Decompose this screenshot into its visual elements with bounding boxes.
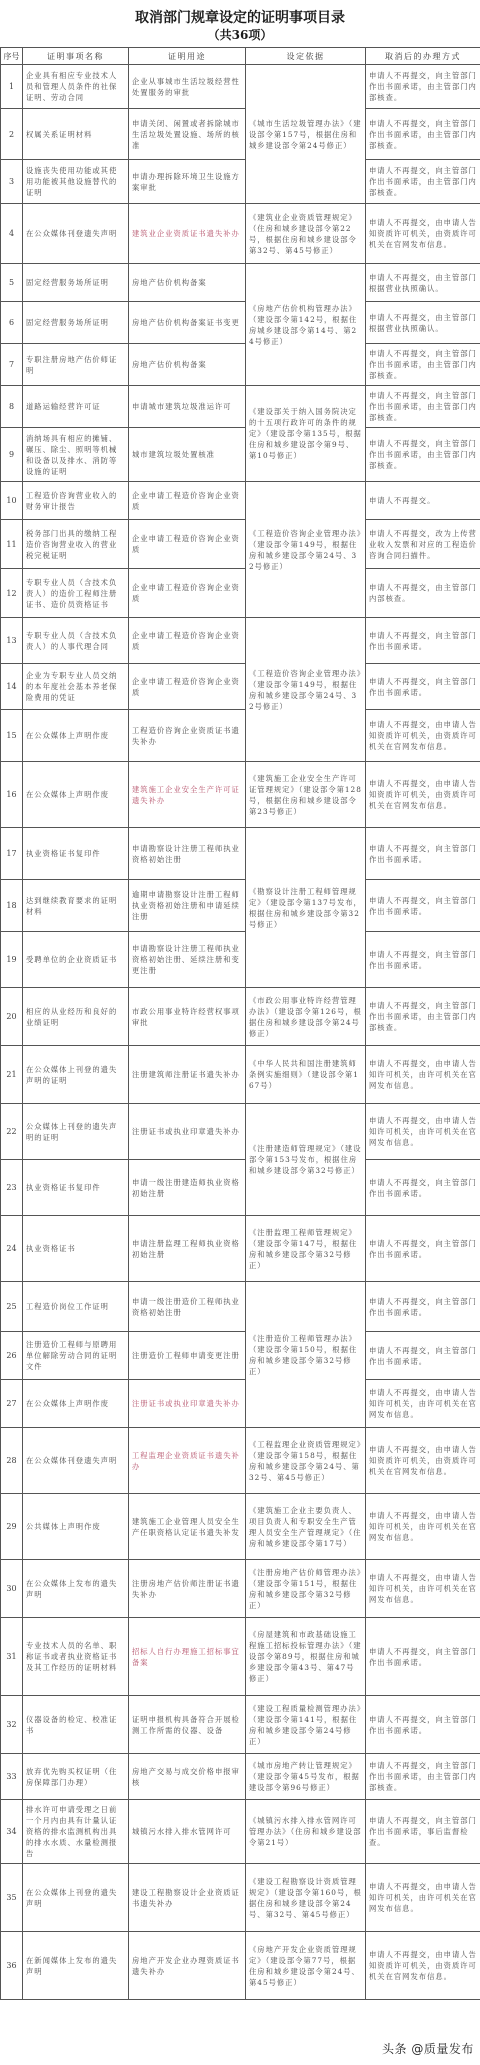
row-number: 26 <box>1 1332 23 1380</box>
purpose-cell: 申请一级注册建造师执业资格初始注册 <box>129 1160 246 1216</box>
basis-cell: 《工程造价咨询企业管理办法》（建设部令第149号，根据住房和城乡建设部令第24号… <box>246 618 366 762</box>
row-number: 1 <box>1 65 23 109</box>
purpose-cell: 注册证书或执业印章遗失补办 <box>129 1104 246 1160</box>
item-name-cell: 道路运输经营许可证 <box>23 386 129 428</box>
basis-cell: 《注册造价工程师管理办法》（建设部令第150号，根据住房和城乡建设部令第32号修… <box>246 1282 366 1428</box>
purpose-cell: 注册建筑师注册证书遗失补办 <box>129 1046 246 1104</box>
basis-cell: 《中华人民共和国注册建筑师条例实施细则》（建设部令第167号） <box>246 1046 366 1104</box>
row-number: 29 <box>1 1494 23 1560</box>
purpose-cell: 申请勘察设计注册工程师执业资格初始注册、延续注册和变更注册 <box>129 932 246 988</box>
method-cell: 申请人不再提交，向主管部门作出书面承诺，由主管部门内部核查。 <box>366 428 480 482</box>
purpose-cell: 申请一级注册造价工程师执业资格初始注册 <box>129 1282 246 1332</box>
basis-cell: 《勘察设计注册工程师管理规定》（建设部令第137号发布，根据住房和城乡建设部令第… <box>246 828 366 988</box>
row-number: 11 <box>1 520 23 569</box>
item-name-cell: 在公众媒体上刊登的遗失声明 <box>23 1864 129 1932</box>
purpose-cell: 房地产估价机构备案 <box>129 264 246 302</box>
method-cell: 申请人不再提交，由申请人告知资质许可机关，由资质许可机关在官网发布信息。 <box>366 204 480 264</box>
table-row: 15在公众媒体上声明作废工程造价咨询企业资质证书遗失补办申请人不再提交，由申请人… <box>1 710 480 762</box>
method-cell: 申请人不再提交，由申请人告知资质许可机关，由资质许可机关在官网发布信息。 <box>366 1932 480 2000</box>
purpose-cell: 建筑施工企业管理人员安全生产任职资格认定证书遗失补发 <box>129 1494 246 1560</box>
item-name-cell: 工程造价咨询营业收入的财务审计报告 <box>23 482 129 520</box>
basis-cell: 《建筑施工企业主要负责人、项目负责人和专职安全生产管理人员安全生产管理规定》（住… <box>246 1494 366 1560</box>
method-cell: 申请人不再提交，向主管部门作出书面承诺，由主管部门内部核查。 <box>366 65 480 109</box>
method-cell: 申请人不再提交，向主管部门作出书面承诺。 <box>366 1332 480 1380</box>
basis-cell: 《建筑业企业资质管理规定》（住房和城乡建设部令第22号，根据住房和城乡建设部令第… <box>246 204 366 264</box>
table-row: 20相应的从业经历和良好的业绩证明市政公用事业特许经营权事项审批《市政公用事业特… <box>1 988 480 1046</box>
method-cell: 申请人不再提交，向主管部门作出书面承诺，由主管部门内部核查。 <box>366 386 480 428</box>
item-name-cell: 权属关系证明材料 <box>23 109 129 160</box>
table-row: 19受聘单位的企业资质证书申请勘察设计注册工程师执业资格初始注册、延续注册和变更… <box>1 932 480 988</box>
basis-cell: 《房地产估价机构管理办法》（建设部令第142号，根据住房城乡建设部令第14号、第… <box>246 264 366 386</box>
method-cell: 申请人不再提交，向主管部门作出书面承诺，事后监督检查。 <box>366 1800 480 1864</box>
purpose-cell: 申请办理拆除环境卫生设施方案审批 <box>129 160 246 204</box>
purpose-cell: 企业申请工程造价咨询企业资质 <box>129 569 246 618</box>
basis-cell: 《市政公用事业特许经营管理办法》（建设部令第126号，根据住房和城乡建设部令第2… <box>246 988 366 1046</box>
table-row: 18达到继续教育要求的证明材料逾期申请勘察设计注册工程师执业资格初始注册和申请延… <box>1 880 480 932</box>
item-name-cell: 仪器设备的检定、校准证书 <box>23 1696 129 1754</box>
basis-cell: 《工程监理企业资质管理规定》（建设部令第158号，根据住房和城乡建设部令第24号… <box>246 1428 366 1494</box>
row-number: 23 <box>1 1160 23 1216</box>
table-row: 29公共媒体上声明作废建筑施工企业管理人员安全生产任职资格认定证书遗失补发《建筑… <box>1 1494 480 1560</box>
row-number: 4 <box>1 204 23 264</box>
method-cell: 申请人不再提交，向主管部门作出书面承诺。 <box>366 932 480 988</box>
table-row: 3设施丧失使用功能或其使用功能被其他设施替代的证明申请办理拆除环境卫生设施方案审… <box>1 160 480 204</box>
page-subtitle: （共36项） <box>0 28 480 42</box>
purpose-cell: 申请勘察设计注册工程师执业资格初始注册 <box>129 828 246 880</box>
table-row: 24执业资格证书申请注册监理工程师执业资格初始注册《注册监理工程师管理规定》（建… <box>1 1216 480 1282</box>
item-name-cell: 执业资格证书复印件 <box>23 828 129 880</box>
purpose-cell: 城市建筑垃圾处置核准 <box>129 428 246 482</box>
purpose-cell: 房地产估价机构备案 <box>129 344 246 386</box>
table-row: 7专职注册房地产估价师证明房地产估价机构备案申请人不再提交，向主管部门作出书面承… <box>1 344 480 386</box>
row-number: 14 <box>1 664 23 710</box>
table-row: 11税务部门出具的缴纳工程造价咨询营业收入的营业税完税证明企业申请工程造价咨询企… <box>1 520 480 569</box>
purpose-cell: 城镇污水排入排水管网许可 <box>129 1800 246 1864</box>
table-row: 21在公众媒体上刊登的遗失声明的证明注册建筑师注册证书遗失补办《中华人民共和国注… <box>1 1046 480 1104</box>
basis-cell: 《建设工程勘察设计资质管理规定》（建设部令第160号，根据住房和城乡建设部令第2… <box>246 1864 366 1932</box>
basis-cell: 《注册房地产估价师管理办法》（建设部令第151号，根据住房和城乡建设部令第32号… <box>246 1560 366 1618</box>
purpose-cell: 招标人自行办理施工招标事宜备案 <box>129 1618 246 1696</box>
row-number: 20 <box>1 988 23 1046</box>
item-name-cell: 在公众媒体刊登遗失声明 <box>23 204 129 264</box>
row-number: 15 <box>1 710 23 762</box>
basis-cell: 《注册监理工程师管理规定》（建设部令第147号，根据住房和城乡建设部令第32号修… <box>246 1216 366 1282</box>
basis-cell: 《建设部关于纳入国务院决定的十五项行政许可的条件的规定》（建设部令第135号，根… <box>246 386 366 482</box>
method-cell: 申请人不再提交，向主管部门作出书面承诺。 <box>366 1696 480 1754</box>
row-number: 28 <box>1 1428 23 1494</box>
row-number: 19 <box>1 932 23 988</box>
item-name-cell: 设施丧失使用功能或其使用功能被其他设施替代的证明 <box>23 160 129 204</box>
basis-cell: 《房地产开发企业资质管理规定》（建设部令第77号，根据住房和城乡建设部令第24号… <box>246 1932 366 2000</box>
table-row: 26注册造价工程师与原聘用单位解除劳动合同的证明文件注册造价工程师申请变更注册申… <box>1 1332 480 1380</box>
table-row: 32仪器设备的检定、校准证书证明申报机构具备符合开展检测工作所需的仪器、设备《建… <box>1 1696 480 1754</box>
method-cell: 申请人不再提交，向主管部门作出书面承诺。 <box>366 1216 480 1282</box>
item-name-cell: 固定经营服务场所证明 <box>23 302 129 344</box>
item-name-cell: 在公众媒体上刊登的遗失声明的证明 <box>23 1046 129 1104</box>
item-name-cell: 专业技术人员的名单、职称证书或者执业资格证书及其工作经历的证明材料 <box>23 1618 129 1696</box>
row-number: 18 <box>1 880 23 932</box>
item-name-cell: 在公众媒体上声明作废 <box>23 1380 129 1428</box>
method-cell: 申请人不再提交，向主管部门作出书面承诺，由主管部门内部核查。 <box>366 344 480 386</box>
row-number: 22 <box>1 1104 23 1160</box>
method-cell: 申请人不再提交，向主管部门作出书面承诺。 <box>366 1282 480 1332</box>
table-row: 23执业资格证书复印件申请一级注册建造师执业资格初始注册申请人不再提交，向主管部… <box>1 1160 480 1216</box>
method-cell: 申请人不再提交，改为上传营业收入发票和对应的工程造价咨询合同扫描件。 <box>366 520 480 569</box>
table-row: 10工程造价咨询营业收入的财务审计报告企业申请工程造价咨询企业资质《工程造价咨询… <box>1 482 480 520</box>
item-name-cell: 固定经营服务场所证明 <box>23 264 129 302</box>
method-cell: 申请人不再提交，由申请人告知许可机关，由许可机关在官网发布信息。 <box>366 1104 480 1160</box>
item-name-cell: 企业具有相应专业技术人员和管理人员条件的社保证明、劳动合同 <box>23 65 129 109</box>
row-number: 13 <box>1 618 23 664</box>
method-cell: 申请人不再提交，向主管部门作出书面承诺。 <box>366 664 480 710</box>
table-row: 5固定经营服务场所证明房地产估价机构备案《房地产估价机构管理办法》（建设部令第1… <box>1 264 480 302</box>
method-cell: 申请人不再提交，向主管部门作出书面承诺。 <box>366 618 480 664</box>
item-name-cell: 执业资格证书复印件 <box>23 1160 129 1216</box>
purpose-cell: 申请城市建筑垃圾准运许可 <box>129 386 246 428</box>
row-number: 33 <box>1 1754 23 1800</box>
item-name-cell: 在新闻媒体上发布的遗失声明 <box>23 1932 129 2000</box>
basis-cell: 《建筑施工企业安全生产许可证管理规定》（建设部令第128号，根据住房和城乡建设部… <box>246 762 366 828</box>
page-title: 取消部门规章设定的证明事项目录 <box>0 10 480 26</box>
row-number: 8 <box>1 386 23 428</box>
method-cell: 申请人不再提交，由申请人告知许可机关，由许可机关在官网发布信息。 <box>366 1380 480 1428</box>
basis-cell: 《城镇污水排入排水管网许可管理办法》（住房和城乡建设部令第21号） <box>246 1800 366 1864</box>
table-row: 4在公众媒体刊登遗失声明建筑业企业资质证书遗失补办《建筑业企业资质管理规定》（住… <box>1 204 480 264</box>
table-row: 13专职专业人员（含技术负责人）的人事代理合同企业申请工程造价咨询企业资质《工程… <box>1 618 480 664</box>
purpose-cell: 企业申请工程造价咨询企业资质 <box>129 618 246 664</box>
column-header-method: 取消后的办理方式 <box>366 48 480 65</box>
table-row: 16在公众媒体上声明作废建筑施工企业安全生产许可证遗失补办《建筑施工企业安全生产… <box>1 762 480 828</box>
method-cell: 申请人不再提交，向主管部门作出书面承诺，由主管部门内部核查。 <box>366 1754 480 1800</box>
row-number: 30 <box>1 1560 23 1618</box>
column-header-item-name: 证明事项名称 <box>23 48 129 65</box>
basis-cell: 《房屋建筑和市政基础设施工程施工招标投标管理办法》（建设部令第89号，根据住房和… <box>246 1618 366 1696</box>
row-number: 6 <box>1 302 23 344</box>
table-row: 22公众媒体上刊登的遗失声明的证明注册证书或执业印章遗失补办《注册建造师管理规定… <box>1 1104 480 1160</box>
basis-cell: 《工程造价咨询企业管理办法》（建设部令第149号，根据住房和城乡建设部令第24号… <box>246 482 366 618</box>
item-name-cell: 税务部门出具的缴纳工程造价咨询营业收入的营业税完税证明 <box>23 520 129 569</box>
method-cell: 申请人不再提交，由申请人告知许可机关，由许可机关在官网发布信息。 <box>366 1864 480 1932</box>
item-name-cell: 专职注册房地产估价师证明 <box>23 344 129 386</box>
row-number: 17 <box>1 828 23 880</box>
purpose-cell: 企业申请工程造价咨询企业资质 <box>129 482 246 520</box>
purpose-cell: 建筑业企业资质证书遗失补办 <box>129 204 246 264</box>
purpose-cell: 建设工程勘察设计企业资质证书遗失补办 <box>129 1864 246 1932</box>
column-header-basis: 设定依据 <box>246 48 366 65</box>
table-row: 27在公众媒体上声明作废注册证书或执业印章遗失补办申请人不再提交，由申请人告知许… <box>1 1380 480 1428</box>
table-row: 12专职专业人员（含技术负责人）的造价工程师注册证书、造价员资格证书企业申请工程… <box>1 569 480 618</box>
basis-cell: 《城市生活垃圾管理办法》（建设部令第157号，根据住房和城乡建设部令第24号修正… <box>246 65 366 204</box>
certificate-items-table: 序号 证明事项名称 证明用途 设定依据 取消后的办理方式 1企业具有相应专业技术… <box>0 47 480 2000</box>
purpose-cell: 注册证书或执业印章遗失补办 <box>129 1380 246 1428</box>
table-body: 1企业具有相应专业技术人员和管理人员条件的社保证明、劳动合同企业从事城市生活垃圾… <box>1 65 480 2000</box>
purpose-cell: 企业从事城市生活垃圾经营性处置服务的审批 <box>129 65 246 109</box>
method-cell: 申请人不再提交，由主管部门根据营业执照确认。 <box>366 264 480 302</box>
table-row: 9消纳场具有相应的摊铺、碾压、除尘、照明等机械和设备以及排水、消防等设施的证明城… <box>1 428 480 482</box>
item-name-cell: 排水许可申请受理之日前一个月内由具有计量认证资格的排水监测机构出具的排水水质、水… <box>23 1800 129 1864</box>
item-name-cell: 专职专业人员（含技术负责人）的人事代理合同 <box>23 618 129 664</box>
method-cell: 申请人不再提交，由申请人告知资质许可机关，由资质许可机关在官网发布信息。 <box>366 1428 480 1494</box>
method-cell: 申请人不再提交，向主管部门作出书面承诺，由主管部门内部核查。 <box>366 988 480 1046</box>
row-number: 25 <box>1 1282 23 1332</box>
purpose-cell: 逾期申请勘察设计注册工程师执业资格初始注册和申请延续注册 <box>129 880 246 932</box>
method-cell: 申请人不再提交，向主管部门作出书面承诺。 <box>366 880 480 932</box>
table-row: 14企业为专职专业人员交纳的本年度社会基本养老保险费用的凭证企业申请工程造价咨询… <box>1 664 480 710</box>
basis-cell: 《注册建造师管理规定》（建设部令第153号发布，根据住房和城乡建设部令第32号修… <box>246 1104 366 1216</box>
item-name-cell: 公共媒体上声明作废 <box>23 1494 129 1560</box>
row-number: 24 <box>1 1216 23 1282</box>
table-row: 2权属关系证明材料申请关闭、闲置或者拆除城市生活垃圾处置设施、场所的核准申请人不… <box>1 109 480 160</box>
item-name-cell: 在公众媒体上声明作废 <box>23 710 129 762</box>
method-cell: 申请人不再提交，向主管部门作出书面承诺。 <box>366 1618 480 1696</box>
purpose-cell: 注册造价工程师申请变更注册 <box>129 1332 246 1380</box>
method-cell: 申请人不再提交，由申请人告知许可机关，由许可机关在官网发布信息。 <box>366 1494 480 1560</box>
item-name-cell: 执业资格证书 <box>23 1216 129 1282</box>
table-row: 31专业技术人员的名单、职称证书或者执业资格证书及其工作经历的证明材料招标人自行… <box>1 1618 480 1696</box>
method-cell: 申请人不再提交，由申请人告知许可机关，由许可机关在官网发布信息。 <box>366 1046 480 1104</box>
row-number: 2 <box>1 109 23 160</box>
row-number: 36 <box>1 1932 23 2000</box>
table-header-row: 序号 证明事项名称 证明用途 设定依据 取消后的办理方式 <box>1 48 480 65</box>
purpose-cell: 房地产交易与成交价格申报审核 <box>129 1754 246 1800</box>
item-name-cell: 受聘单位的企业资质证书 <box>23 932 129 988</box>
item-name-cell: 专职专业人员（含技术负责人）的造价工程师注册证书、造价员资格证书 <box>23 569 129 618</box>
row-number: 16 <box>1 762 23 828</box>
column-header-number: 序号 <box>1 48 23 65</box>
row-number: 35 <box>1 1864 23 1932</box>
purpose-cell: 房地产开发企业办理资质证书遗失补办 <box>129 1932 246 2000</box>
purpose-cell: 证明申报机构具备符合开展检测工作所需的仪器、设备 <box>129 1696 246 1754</box>
item-name-cell: 企业为专职专业人员交纳的本年度社会基本养老保险费用的凭证 <box>23 664 129 710</box>
method-cell: 申请人不再提交，向主管部门作出书面承诺。 <box>366 1160 480 1216</box>
purpose-cell: 工程造价咨询企业资质证书遗失补办 <box>129 710 246 762</box>
table-row: 34排水许可申请受理之日前一个月内由具有计量认证资格的排水监测机构出具的排水水质… <box>1 1800 480 1864</box>
basis-cell: 《建设工程质量检测管理办法》（建设部令第141号，根据住房和城乡建设部令第24号… <box>246 1696 366 1754</box>
item-name-cell: 放弃优先购买权证明（住房保障部门办理） <box>23 1754 129 1800</box>
purpose-cell: 市政公用事业特许经营权事项审批 <box>129 988 246 1046</box>
watermark: 头条 @质量发布 <box>382 2040 474 2057</box>
table-row: 6固定经营服务场所证明房地产估价机构备案证书变更申请人不再提交，由主管部门根据营… <box>1 302 480 344</box>
row-number: 5 <box>1 264 23 302</box>
table-row: 36在新闻媒体上发布的遗失声明房地产开发企业办理资质证书遗失补办《房地产开发企业… <box>1 1932 480 2000</box>
method-cell: 申请人不再提交，由主管部门根据营业执照确认。 <box>366 302 480 344</box>
item-name-cell: 工程造价岗位工作证明 <box>23 1282 129 1332</box>
row-number: 21 <box>1 1046 23 1104</box>
table-row: 33放弃优先购买权证明（住房保障部门办理）房地产交易与成交价格申报审核《城市房地… <box>1 1754 480 1800</box>
row-number: 31 <box>1 1618 23 1696</box>
method-cell: 申请人不再提交，向主管部门作出书面承诺，由主管部门内部核查。 <box>366 160 480 204</box>
purpose-cell: 企业申请工程造价咨询企业资质 <box>129 664 246 710</box>
method-cell: 申请人不再提交，由申请人告知资质许可机关，由资质许可机关在官网发布信息。 <box>366 710 480 762</box>
item-name-cell: 在公众媒体上发布的遗失声明 <box>23 1560 129 1618</box>
item-name-cell: 消纳场具有相应的摊铺、碾压、除尘、照明等机械和设备以及排水、消防等设施的证明 <box>23 428 129 482</box>
row-number: 27 <box>1 1380 23 1428</box>
item-name-cell: 在公众媒体上声明作废 <box>23 762 129 828</box>
method-cell: 申请人不再提交，向主管部门作出书面承诺，由主管部门内部核查。 <box>366 109 480 160</box>
column-header-purpose: 证明用途 <box>129 48 246 65</box>
table-row: 17执业资格证书复印件申请勘察设计注册工程师执业资格初始注册《勘察设计注册工程师… <box>1 828 480 880</box>
table-row: 8道路运输经营许可证申请城市建筑垃圾准运许可《建设部关于纳入国务院决定的十五项行… <box>1 386 480 428</box>
table-row: 35在公众媒体上刊登的遗失声明建设工程勘察设计企业资质证书遗失补办《建设工程勘察… <box>1 1864 480 1932</box>
method-cell: 申请人不再提交，由申请人告知许可机关，由许可机关在官网发布信息。 <box>366 1560 480 1618</box>
purpose-cell: 工程监理企业资质证书遗失补办 <box>129 1428 246 1494</box>
row-number: 3 <box>1 160 23 204</box>
item-name-cell: 在公众媒体刊登遗失声明 <box>23 1428 129 1494</box>
row-number: 34 <box>1 1800 23 1864</box>
method-cell: 申请人不再提交。 <box>366 482 480 520</box>
table-row: 30在公众媒体上发布的遗失声明注册房地产估价师注册证书遗失补办《注册房地产估价师… <box>1 1560 480 1618</box>
purpose-cell: 申请关闭、闲置或者拆除城市生活垃圾处置设施、场所的核准 <box>129 109 246 160</box>
row-number: 10 <box>1 482 23 520</box>
method-cell: 申请人不再提交，由主管部门内部核查。 <box>366 569 480 618</box>
row-number: 32 <box>1 1696 23 1754</box>
purpose-cell: 建筑施工企业安全生产许可证遗失补办 <box>129 762 246 828</box>
title-block: 取消部门规章设定的证明事项目录 （共36项） <box>0 0 480 47</box>
item-name-cell: 相应的从业经历和良好的业绩证明 <box>23 988 129 1046</box>
row-number: 7 <box>1 344 23 386</box>
item-name-cell: 达到继续教育要求的证明材料 <box>23 880 129 932</box>
purpose-cell: 注册房地产估价师注册证书遗失补办 <box>129 1560 246 1618</box>
purpose-cell: 企业申请工程造价咨询企业资质 <box>129 520 246 569</box>
method-cell: 申请人不再提交，向主管部门作出书面承诺。 <box>366 828 480 880</box>
item-name-cell: 注册造价工程师与原聘用单位解除劳动合同的证明文件 <box>23 1332 129 1380</box>
table-row: 28在公众媒体刊登遗失声明工程监理企业资质证书遗失补办《工程监理企业资质管理规定… <box>1 1428 480 1494</box>
table-row: 25工程造价岗位工作证明申请一级注册造价工程师执业资格初始注册《注册造价工程师管… <box>1 1282 480 1332</box>
row-number: 12 <box>1 569 23 618</box>
purpose-cell: 房地产估价机构备案证书变更 <box>129 302 246 344</box>
table-row: 1企业具有相应专业技术人员和管理人员条件的社保证明、劳动合同企业从事城市生活垃圾… <box>1 65 480 109</box>
item-name-cell: 公众媒体上刊登的遗失声明的证明 <box>23 1104 129 1160</box>
basis-cell: 《城市房地产转让管理规定》（建设部令第45号发布，根据建设部令第96号修正） <box>246 1754 366 1800</box>
method-cell: 申请人不再提交，由申请人告知资质许可机关，由资质许可机关在官网发布信息。 <box>366 762 480 828</box>
row-number: 9 <box>1 428 23 482</box>
purpose-cell: 申请注册监理工程师执业资格初始注册 <box>129 1216 246 1282</box>
